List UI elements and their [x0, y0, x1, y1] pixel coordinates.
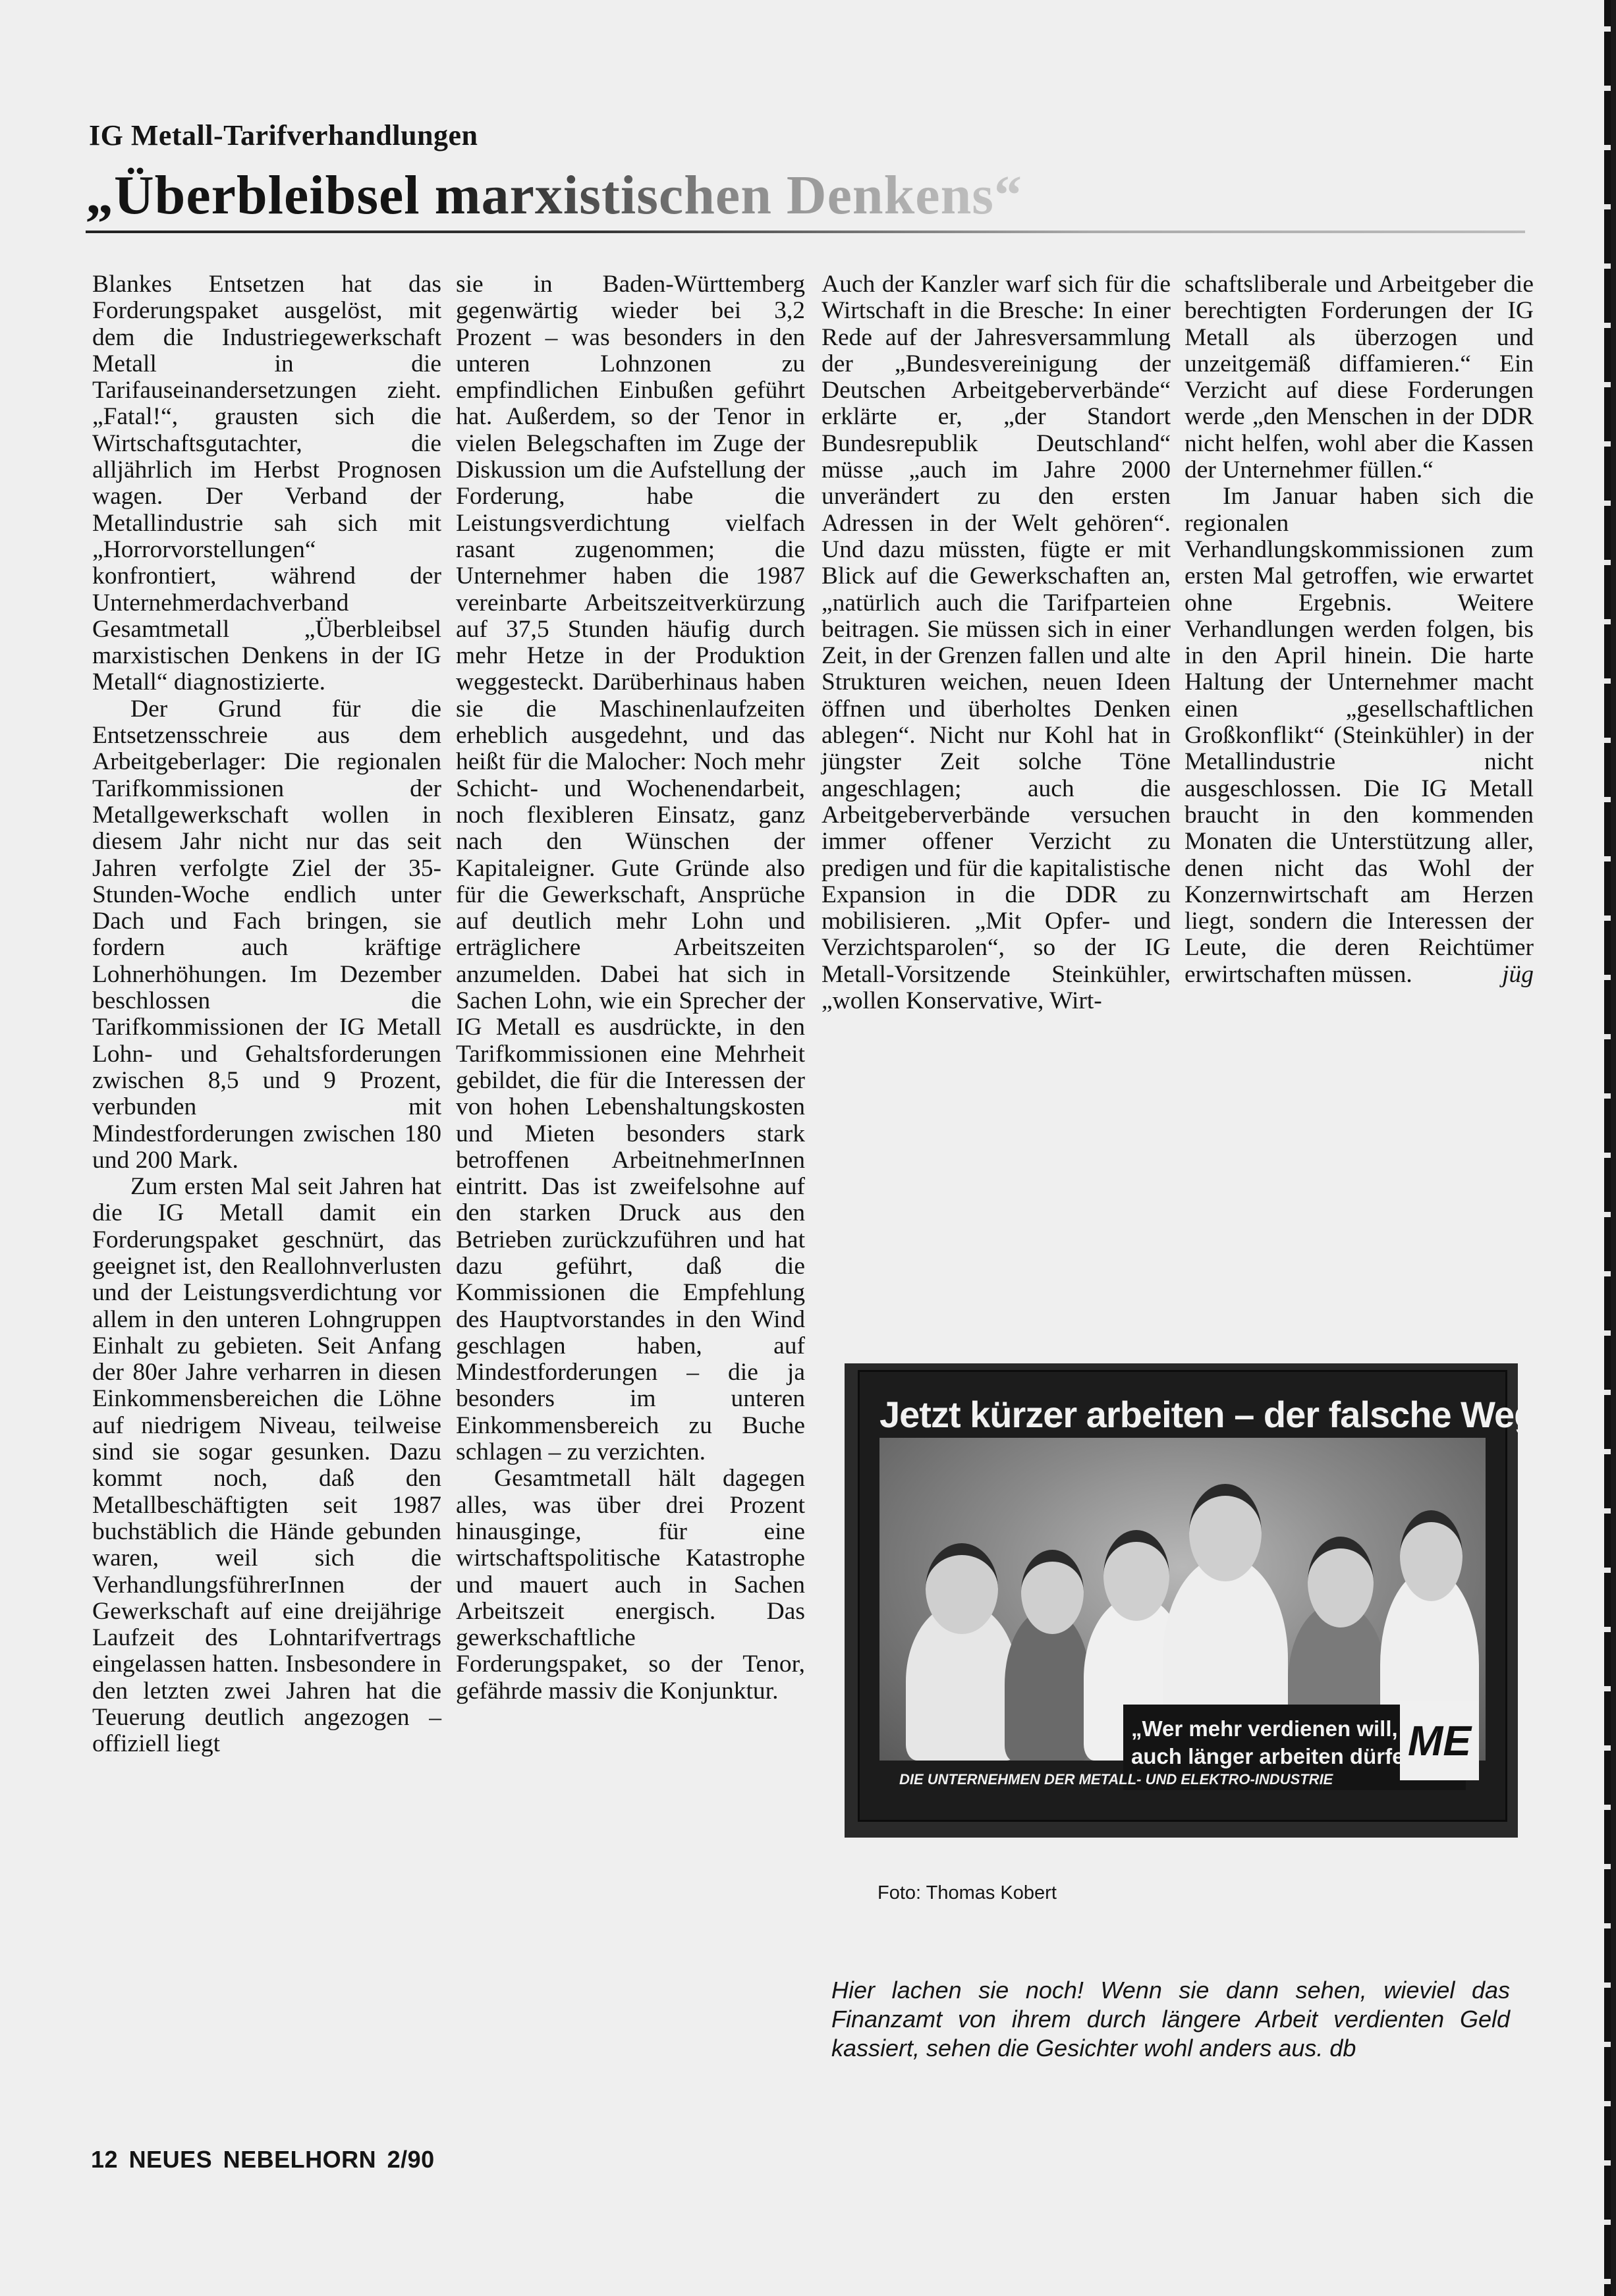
- billboard: Jetzt kürzer arbeiten – der falsche Weg.…: [858, 1370, 1507, 1822]
- person-head: [1189, 1484, 1262, 1581]
- issue-number: 2/90: [387, 2146, 435, 2173]
- billboard-footer: DIE UNTERNEHMEN DER METALL- UND ELEKTRO-…: [899, 1771, 1333, 1788]
- photo-caption: Hier lachen sie noch! Wenn sie dann sehe…: [831, 1976, 1510, 2063]
- paragraph-text: Im Januar haben sich die regionalen Verh…: [1184, 483, 1534, 987]
- article-kicker: IG Metall-Tarifverhandlungen: [89, 119, 478, 152]
- billboard-photo: Jetzt kürzer arbeiten – der falsche Weg.…: [845, 1363, 1518, 1838]
- article-column-4: schaftsliberale und Arbeitgeber die bere…: [1184, 271, 1534, 988]
- paragraph: Zum ersten Mal seit Jahren hat die IG Me…: [92, 1174, 441, 1758]
- paragraph: Blankes Entsetzen hat das Forderungspake…: [92, 271, 441, 696]
- paragraph: Auch der Kanzler warf sich für die Wirts…: [822, 271, 1171, 1014]
- person-head: [1021, 1550, 1084, 1634]
- publication-name: NEUES NEBELHORN: [129, 2146, 377, 2173]
- article-column-2: sie in Baden-Württemberg gegenwärtig wie…: [456, 271, 805, 1705]
- paragraph: Gesamtmetall hält dagegen alles, was übe…: [456, 1465, 805, 1705]
- paragraph: Der Grund für die Entsetzensschreie aus …: [92, 696, 441, 1174]
- caption-text: Hier lachen sie noch! Wenn sie dann sehe…: [831, 1977, 1510, 2062]
- photo-credit: Foto: Thomas Kobert: [878, 1882, 1057, 1904]
- page-footer: 12 NEUES NEBELHORN 2/90: [91, 2146, 435, 2173]
- person-head: [1103, 1530, 1169, 1621]
- person-head: [1308, 1537, 1374, 1627]
- magazine-page: IG Metall-Tarifverhandlungen „Überbleibs…: [0, 0, 1611, 2296]
- billboard-headline: Jetzt kürzer arbeiten – der falsche Weg.: [879, 1393, 1518, 1436]
- article-column-3: Auch der Kanzler warf sich für die Wirts…: [822, 271, 1171, 1014]
- me-logo: ME: [1400, 1701, 1479, 1780]
- person-head: [1400, 1510, 1463, 1601]
- article-column-1: Blankes Entsetzen hat das Forderungspake…: [92, 271, 441, 1758]
- headline-rule: [86, 231, 1525, 233]
- article-headline: „Überbleibsel marxistischen Denkens“: [86, 163, 1022, 227]
- paragraph: sie in Baden-Württemberg gegenwärtig wie…: [456, 271, 805, 1465]
- paragraph: schaftsliberale und Arbeitgeber die bere…: [1184, 271, 1534, 483]
- page-edge: [1604, 0, 1611, 2296]
- author-signature: jüg: [1464, 962, 1534, 988]
- page-number: 12: [91, 2146, 118, 2173]
- caption-signature: db: [1329, 2035, 1356, 2062]
- person-head: [926, 1543, 998, 1634]
- paragraph: Im Januar haben sich die regionalen Verh…: [1184, 483, 1534, 988]
